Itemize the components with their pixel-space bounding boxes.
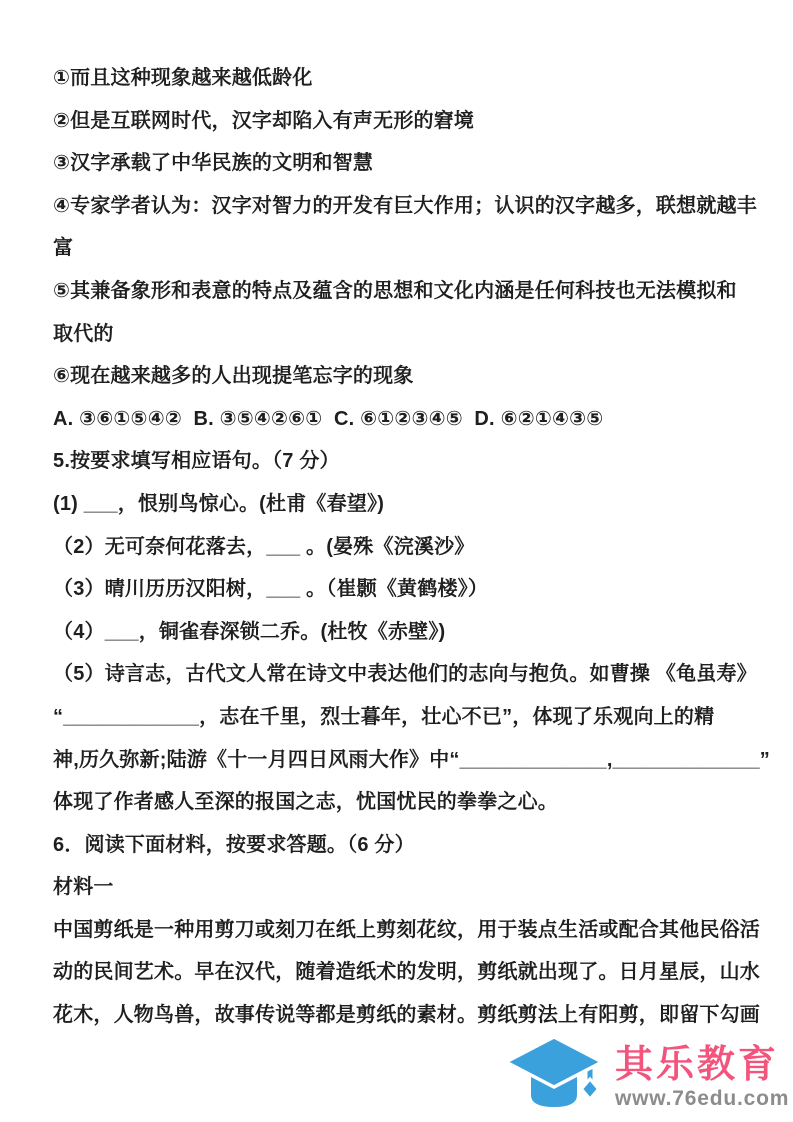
- exam-paper-page: ①而且这种现象越来越低龄化 ②但是互联网时代，汉字却陷入有声无形的窘境 ③汉字承…: [0, 0, 793, 1122]
- doc-line-sentence-4-cont: 富: [53, 227, 753, 270]
- doc-line-sentence-4: ④专家学者认为：汉字对智力的开发有巨大作用；认识的汉字越多，联想就越丰: [53, 185, 753, 228]
- doc-line-material-1-heading: 材料一: [53, 866, 753, 909]
- doc-line-q5-blank-4: （4）___，铜雀春深锁二乔。(杜牧《赤壁》): [53, 611, 753, 654]
- doc-line-q5-blank-2: （2）无可奈何花落去，___ 。(晏殊《浣溪沙》: [53, 526, 753, 569]
- doc-line-q5-blank-3: （3）晴川历历汉阳树，___ 。（崔颢《黄鹤楼》）: [53, 568, 753, 611]
- doc-line-q5-blank-1: (1) ___，恨别鸟惊心。(杜甫《春望》): [53, 483, 753, 526]
- doc-line-sentence-5-cont: 取代的: [53, 313, 753, 356]
- website-url: www.76edu.com: [615, 1087, 789, 1110]
- logo-text-block: 其乐教育 www.76edu.com: [615, 1036, 789, 1110]
- doc-line-sentence-2: ②但是互联网时代，汉字却陷入有声无形的窘境: [53, 100, 753, 143]
- doc-line-material-text-1: 中国剪纸是一种用剪刀或刻刀在纸上剪刻花纹，用于装点生活或配合其他民俗活: [53, 909, 753, 952]
- doc-line-sentence-1: ①而且这种现象越来越低龄化: [53, 57, 753, 100]
- doc-line-q5-blank-5-cont-1: “____________，志在千里，烈士暮年，壮心不已”，体现了乐观向上的精: [53, 696, 753, 739]
- doc-line-q5-blank-5-cont-3: 体现了作者感人至深的报国之志，忧国忧民的拳拳之心。: [53, 781, 753, 824]
- graduation-cap-icon: [505, 1036, 609, 1120]
- doc-line-sentence-5: ⑤其兼备象形和表意的特点及蕴含的思想和文化内涵是任何科技也无法模拟和: [53, 270, 753, 313]
- site-watermark-logo: 其乐教育 www.76edu.com: [505, 1036, 785, 1120]
- doc-line-sentence-3: ③汉字承载了中华民族的文明和智慧: [53, 142, 753, 185]
- doc-line-q5-blank-5: （5）诗言志，古代文人常在诗文中表达他们的志向与抱负。如曹操 《龟虽寿》: [53, 653, 753, 696]
- document-body: ①而且这种现象越来越低龄化 ②但是互联网时代，汉字却陷入有声无形的窘境 ③汉字承…: [53, 57, 753, 1037]
- doc-line-sentence-6: ⑥现在越来越多的人出现提笔忘字的现象: [53, 355, 753, 398]
- doc-line-material-text-2: 动的民间艺术。早在汉代，随着造纸术的发明，剪纸就出现了。日月星辰，山水: [53, 951, 753, 994]
- graduation-cap-svg: [505, 1036, 609, 1120]
- doc-line-question-5-title: 5.按要求填写相应语句。（7 分）: [53, 440, 753, 483]
- doc-line-question-6-title: 6．阅读下面材料，按要求答题。（6 分）: [53, 824, 753, 867]
- doc-line-choice-options: A. ③⑥①⑤④② B. ③⑤④②⑥① C. ⑥①②③④⑤ D. ⑥②①④③⑤: [53, 398, 753, 441]
- brand-name: 其乐教育: [615, 1046, 789, 1084]
- doc-line-material-text-3: 花木，人物鸟兽，故事传说等都是剪纸的素材。剪纸剪法上有阳剪，即留下勾画: [53, 994, 753, 1037]
- doc-line-q5-blank-5-cont-2: 神,历久弥新;陆游《十一月四日风雨大作》中“_____________,____…: [53, 739, 753, 782]
